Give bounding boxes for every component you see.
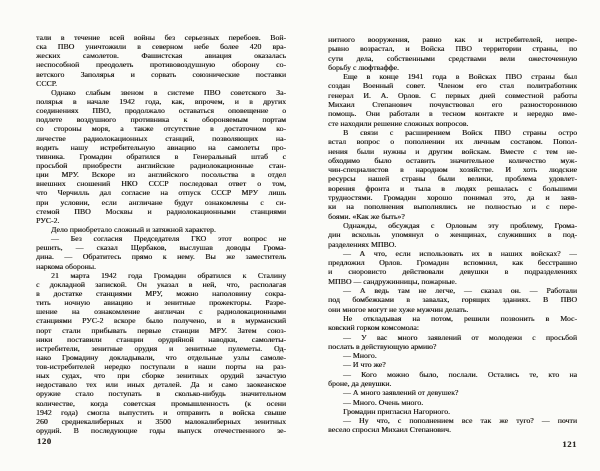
text-line: нения были нужны и другим войскам. Вмест…	[328, 147, 577, 156]
text-line: 260 среднекалиберных и 3500 малокалиберн…	[36, 417, 286, 426]
text-line: внешних сношений НКО СССР последовал отв…	[36, 179, 286, 188]
text-line: Однако слабым звеном в системе ПВО совет…	[36, 88, 286, 97]
right-page: нитного вооружения, равно как и истребит…	[328, 35, 577, 435]
text-line: борьбу с люфтваффе.	[328, 63, 577, 72]
text-line: трудностями. Громадин хорошо понимал это…	[328, 193, 577, 202]
text-line: просьбой приобрести английские радиолока…	[36, 161, 286, 170]
text-line: обходимо было оставить значительное коли…	[328, 156, 577, 165]
text-line: — А много заявлений от девушек?	[328, 388, 577, 397]
text-line: — Без согласия Председателя ГКО этот воп…	[36, 234, 286, 243]
text-line: неспособной преодолеть противовоздушную …	[36, 60, 286, 69]
text-line: тивника. Громадин обратился в Генеральны…	[36, 152, 286, 161]
right-page-text: нитного вооружения, равно как и истребит…	[328, 35, 577, 435]
left-page-text: тали в течение всей войны без серьезных …	[36, 33, 286, 435]
text-line: недоставало тех или иных деталей. Да и с…	[36, 380, 286, 389]
text-line: количестве, когда советская промышленнос…	[36, 399, 286, 408]
text-line: порт стали прибывать первые станции МРУ.…	[36, 326, 286, 335]
text-line: разделениях МПВО.	[328, 240, 577, 249]
text-line: — А что, если использовать их в наших во…	[328, 249, 577, 258]
text-line: подлете воздушного противника к обороняе…	[36, 115, 286, 124]
text-line: в достатке станциями МРУ, можно наполови…	[36, 289, 286, 298]
text-line: МПВО — сандружинницы, пожарные.	[328, 277, 577, 286]
text-line: ска ПВО уничтожили в северном небе более…	[36, 42, 286, 51]
text-line: стемой ПВО Москвы и радиолокационными ст…	[36, 207, 286, 216]
text-line: ки на пополнения выполнялись не полность…	[328, 202, 577, 211]
text-line: дин вскользь упомянул о женщинах, служив…	[328, 230, 577, 239]
text-line: решить, — сказал Щербаков, выслушав дово…	[36, 243, 286, 252]
text-line: ветского Заполярья и сорвать союзнически…	[36, 70, 286, 79]
text-line: нитного вооружения, равно как и истребит…	[328, 35, 577, 44]
text-line: весело спросил Михаил Степанович.	[328, 425, 577, 434]
text-line: СССР.	[36, 79, 286, 88]
text-line: ники поставили станции орудийной наводки…	[36, 335, 286, 344]
text-line: станциями РУС-2 вскоре было получено, и …	[36, 316, 286, 325]
text-line: В связи с расширением Войск ПВО страны о…	[328, 128, 577, 137]
text-line: они многое могут не хуже мужчин делать.	[328, 305, 577, 314]
text-line: РУС-2.	[36, 216, 286, 225]
text-line: — Много. Очень много.	[328, 398, 577, 407]
text-line: тов-истребителей нередко поступали в наш…	[36, 362, 286, 371]
text-line: — А ведь там не легче, — сказал он. — Ра…	[328, 286, 577, 295]
text-line: Дело приобретало сложный и затяжной хара…	[36, 225, 286, 234]
text-line: генерал И. А. Орлов. С первых дней совме…	[328, 91, 577, 100]
text-line: и сноровисто действовали девушки в подра…	[328, 267, 577, 276]
text-line: боями. «Как же быть»?	[328, 212, 577, 221]
text-line: Михаил Степанович почувствовал его разно…	[328, 100, 577, 109]
text-line: сути дела, собственными средствами вели …	[328, 54, 577, 63]
text-line: ных судах, что при сборке зенитных оруди…	[36, 371, 286, 380]
text-line: ковский горком комсомола:	[328, 323, 577, 332]
text-line: встал вопрос о пополнении их личным сост…	[328, 137, 577, 146]
text-line: личестве радиолокационных станций, позво…	[36, 134, 286, 143]
text-line: водить нашу истребительную авиацию на са…	[36, 143, 286, 152]
text-line: что Черчилль дал согласие на отпуск СССР…	[36, 188, 286, 197]
text-line: наркома обороны.	[36, 262, 286, 271]
text-line: шение на ознакомление англичан с радиоло…	[36, 307, 286, 316]
text-line: сте находили решение сложных вопросов.	[328, 119, 577, 128]
book-spread: тали в течение всей войны без серьезных …	[0, 0, 600, 471]
text-line: чин-специалистов в народном хозяйстве. И…	[328, 165, 577, 174]
text-line: под бомбежками в завалах, горящих здания…	[328, 295, 577, 304]
text-line: ции МРУ. Вскоре из английского посольств…	[36, 170, 286, 179]
text-line: соединениях ПВО, продолжало оставаться о…	[36, 106, 286, 115]
text-line: Не откладывая на потом, решили позвонить…	[328, 314, 577, 323]
text-line: Еще в конце 1941 года в Войсках ПВО стра…	[328, 72, 577, 81]
text-line: тить ночную авиацию и зенитные прожектор…	[36, 298, 286, 307]
text-line: предложил Орлов. Громадин вспомнил, как …	[328, 258, 577, 267]
text-line: ресурсы нашей страны были велики, пробле…	[328, 174, 577, 183]
page-number-left: 120	[37, 436, 52, 446]
text-line: орудий. В последующие годы выпуск отечес…	[36, 426, 286, 435]
text-line: при условии, если англичане будут ознако…	[36, 198, 286, 207]
text-line: дина. — Обратитесь прямо к нему. Вы же з…	[36, 252, 286, 261]
text-line: Однажды, обсуждая с Орловым эту проблему…	[328, 221, 577, 230]
text-line: — Кого можно было, послали. Остались те,…	[328, 370, 577, 379]
text-line: оружие стало поступать в сколько-нибудь …	[36, 389, 286, 398]
text-line: послать в действующую армию?	[328, 342, 577, 351]
text-line: 21 марта 1942 года Громадин обратился к …	[36, 271, 286, 280]
text-line: — Много.	[328, 351, 577, 360]
text-line: рывно возрастал, и Войска ПВО территории…	[328, 44, 577, 53]
text-line: Громадин пригласил Нагорного.	[328, 407, 577, 416]
page-number-right: 121	[562, 439, 577, 449]
left-page: тали в течение всей войны без серьезных …	[36, 33, 286, 435]
text-line: тали в течение всей войны без серьезных …	[36, 33, 286, 42]
text-line: — У вас много заявлений от молодежи с пр…	[328, 333, 577, 342]
text-line: помощь. Они работали в тесном контакте и…	[328, 109, 577, 118]
text-line: 1942 года) смогла выпустить и отправить …	[36, 408, 286, 417]
text-line: полярья в начале 1942 года, как, впрочем…	[36, 97, 286, 106]
text-line: нако Громадину докладывали, что отдельны…	[36, 353, 286, 362]
text-line: броне, да девушки.	[328, 379, 577, 388]
text-line: со стороны моря, а также отсутствие в до…	[36, 124, 286, 133]
text-line: жеских самолетов. Фашистская авиация ока…	[36, 51, 286, 60]
text-line: истребители, зенитные орудия и зенитные …	[36, 344, 286, 353]
text-line: создан Военный совет. Членом его стал по…	[328, 81, 577, 90]
text-line: ворения фронта и тыла в людях решалась с…	[328, 184, 577, 193]
text-line: — И что же?	[328, 360, 577, 369]
text-line: с докладной запиской. Он указал в ней, ч…	[36, 280, 286, 289]
text-line: — Ну что, с пополнением все так же туго?…	[328, 416, 577, 425]
